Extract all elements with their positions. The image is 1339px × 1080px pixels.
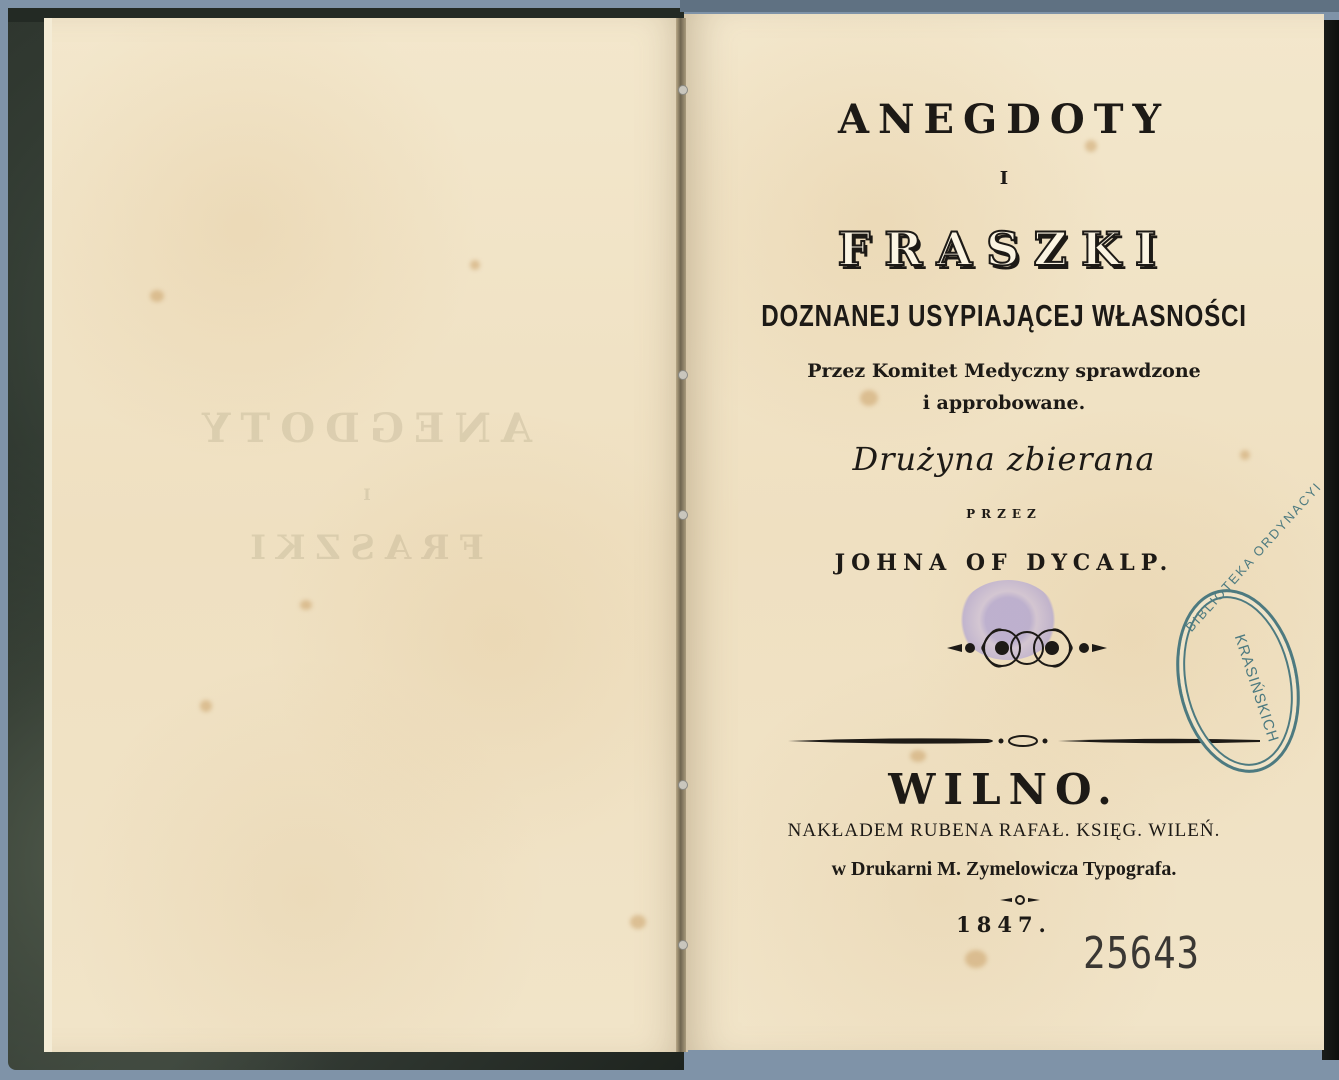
decorative-rule-icon: [788, 734, 1260, 748]
printer: w Drukarni M. Zymelowicza Typografa.: [684, 858, 1324, 881]
binding-stitch: [678, 85, 688, 95]
approval-line-1: Przez Komitet Medyczny sprawdzone: [684, 360, 1324, 382]
compiled-line: Drużyna zbierana: [684, 440, 1324, 478]
foxing-spot: [910, 750, 926, 762]
publication-year: 1847.: [684, 912, 1324, 937]
publisher: NAKŁADEM RUBENA RAFAŁ. KSIĘG. WILEŃ.: [684, 820, 1324, 842]
approval-line-2: i approbowane.: [684, 392, 1324, 414]
show-through-conjunction: I: [44, 485, 680, 504]
scan-background-strip: [680, 0, 1339, 12]
foxing-spot: [200, 700, 212, 712]
foxing-spot: [630, 915, 646, 929]
binding-stitch: [678, 940, 688, 950]
floral-ornament-icon: [942, 618, 1112, 678]
subtitle: DOZNANEJ USYPIAJĄCEJ WŁASNOŚCI: [754, 298, 1253, 334]
by-line: PRZEZ: [684, 507, 1324, 521]
show-through-subtitle: FRASZKI: [44, 528, 680, 568]
shelfmark-number: 25643: [1083, 928, 1200, 979]
title-line-fraszki: FRASZKI: [684, 222, 1324, 276]
foxing-spot: [150, 290, 164, 302]
foxing-spot: [965, 950, 987, 968]
title-line-anegdoty: ANEGDOTY: [684, 96, 1324, 143]
book-cover-right-edge: [1322, 20, 1339, 1060]
foxing-spot: [300, 600, 312, 610]
title-conjunction: I: [684, 168, 1324, 189]
foxing-spot: [470, 260, 480, 270]
small-ornament-icon: [1000, 895, 1040, 905]
book-scan: ANEGDOTY I FRASZKI ANEGDOTY I FRASZKI DO…: [0, 0, 1339, 1080]
show-through-title: ANEGDOTY: [44, 405, 680, 452]
place: WILNO.: [684, 765, 1324, 814]
